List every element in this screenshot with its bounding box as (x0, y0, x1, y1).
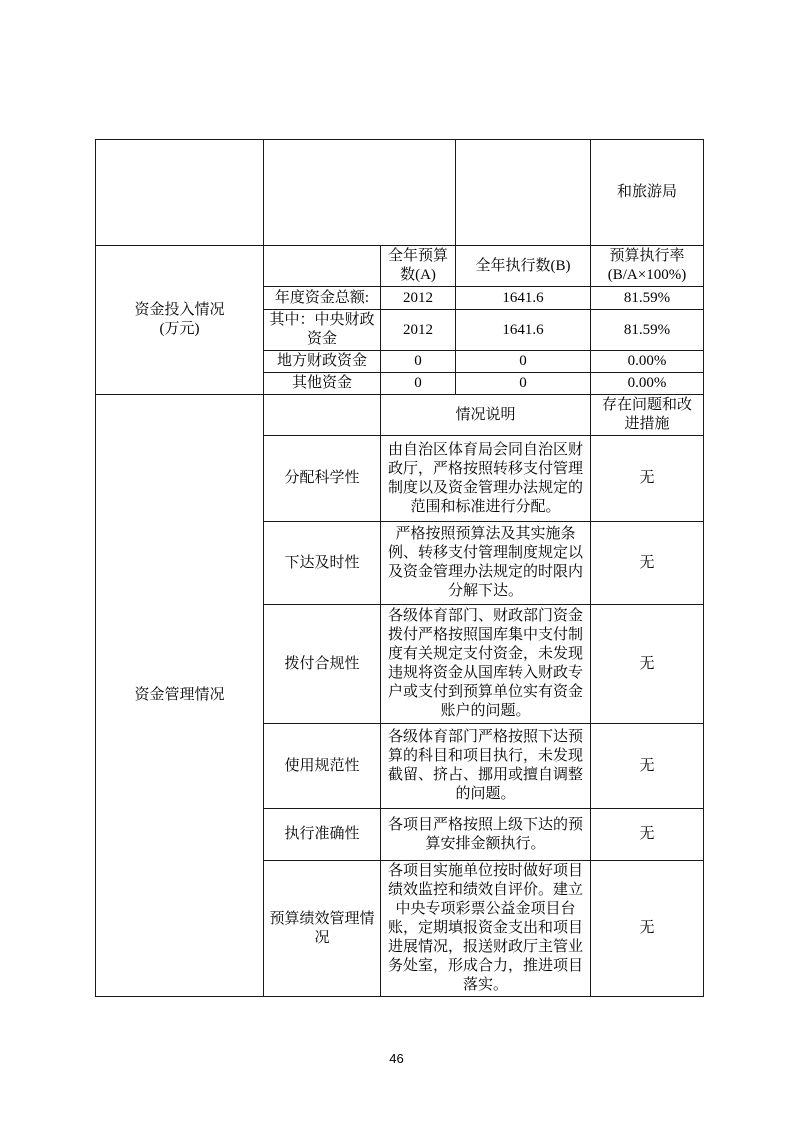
funding-budget-annual-total: 2012 (381, 287, 456, 310)
management-label-accuracy: 执行准确性 (264, 809, 381, 861)
funding-budget-local: 0 (381, 351, 456, 373)
funding-rate-central: 81.59% (591, 310, 704, 351)
funding-header-executed: 全年执行数(B) (456, 246, 591, 287)
continuation-text-cell: 和旅游局 (591, 140, 704, 246)
management-issues-timeliness: 无 (591, 522, 704, 605)
management-desc-usage: 各级体育部门严格按照下达预算的科目和项目执行，未发现截留、挤占、挪用或擅自调整的… (381, 724, 591, 809)
funding-rate-local: 0.00% (591, 351, 704, 373)
management-issues-usage: 无 (591, 724, 704, 809)
management-label-allocation: 分配科学性 (264, 436, 381, 522)
management-desc-timeliness: 严格按照预算法及其实施条例、转移支付管理制度规定以及资金管理办法规定的时限内分解… (381, 522, 591, 605)
management-header-row: 资金管理情况 情况说明 存在问题和改 进措施 (96, 395, 704, 436)
management-desc-allocation: 由自治区体育局会同自治区财政厅，严格按照转移支付管理制度以及资金管理办法规定的范… (381, 436, 591, 522)
funding-label-central: 其中：中央财政资金 (264, 310, 381, 351)
funding-header-budget: 全年预算 数(A) (381, 246, 456, 287)
funding-section-title: 资金投入情况 (万元) (96, 246, 264, 395)
funding-executed-other: 0 (456, 373, 591, 395)
funding-rate-annual-total: 81.59% (591, 287, 704, 310)
management-desc-compliance: 各级体育部门、财政部门资金拨付严格按照国库集中支付制度有关规定支付资金，未发现违… (381, 605, 591, 724)
management-label-usage: 使用规范性 (264, 724, 381, 809)
page-number: 46 (0, 1051, 793, 1066)
management-header-empty-cell (264, 395, 381, 436)
funding-executed-annual-total: 1641.6 (456, 287, 591, 310)
continuation-row: 和旅游局 (96, 140, 704, 246)
funding-label-annual-total: 年度资金总额: (264, 287, 381, 310)
management-desc-accuracy: 各项目严格按照上级下达的预算安排金额执行。 (381, 809, 591, 861)
management-issues-allocation: 无 (591, 436, 704, 522)
continuation-cell-1 (96, 140, 264, 246)
management-label-compliance: 拨付合规性 (264, 605, 381, 724)
funding-header-empty-cell (264, 246, 381, 287)
continuation-cell-3 (456, 140, 591, 246)
funding-executed-local: 0 (456, 351, 591, 373)
management-issues-accuracy: 无 (591, 809, 704, 861)
funding-label-other: 其他资金 (264, 373, 381, 395)
management-header-issues: 存在问题和改 进措施 (591, 395, 704, 436)
funding-budget-other: 0 (381, 373, 456, 395)
management-section-title: 资金管理情况 (96, 395, 264, 997)
continuation-cell-2 (264, 140, 456, 246)
funding-header-rate: 预算执行率 (B/A×100%) (591, 246, 704, 287)
funding-header-row: 资金投入情况 (万元) 全年预算 数(A) 全年执行数(B) 预算执行率 (B/… (96, 246, 704, 287)
management-issues-performance: 无 (591, 861, 704, 997)
funding-rate-other: 0.00% (591, 373, 704, 395)
funding-budget-central: 2012 (381, 310, 456, 351)
funding-label-local: 地方财政资金 (264, 351, 381, 373)
management-desc-performance: 各项目实施单位按时做好项目绩效监控和绩效自评价。建立中央专项彩票公益金项目台账，… (381, 861, 591, 997)
management-header-description: 情况说明 (381, 395, 591, 436)
management-label-timeliness: 下达及时性 (264, 522, 381, 605)
funding-executed-central: 1641.6 (456, 310, 591, 351)
management-issues-compliance: 无 (591, 605, 704, 724)
budget-performance-table: 和旅游局 资金投入情况 (万元) 全年预算 数(A) 全年执行数(B) 预算执行… (95, 139, 704, 997)
management-label-performance: 预算绩效管理情况 (264, 861, 381, 997)
report-table-container: 和旅游局 资金投入情况 (万元) 全年预算 数(A) 全年执行数(B) 预算执行… (95, 139, 704, 997)
